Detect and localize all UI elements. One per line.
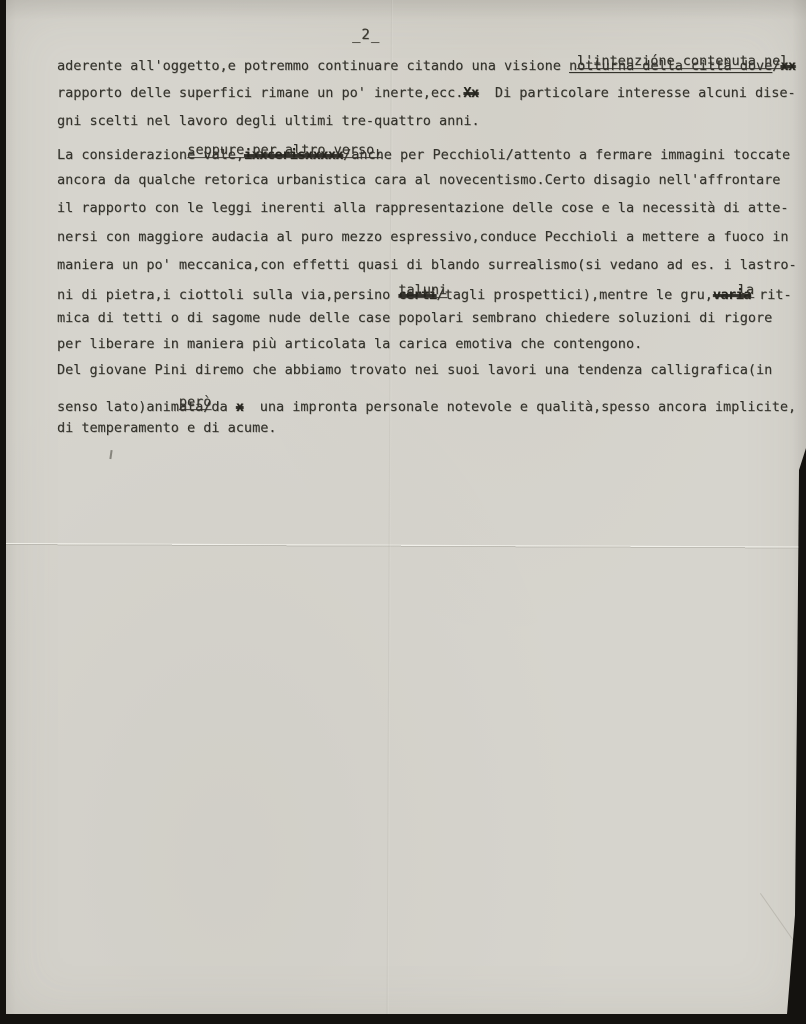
- text-run: il rapporto con le leggi inerenti alla r…: [57, 200, 789, 216]
- text-run: maniera un po' meccanica,con effetti qua…: [57, 257, 797, 273]
- text-line: gni scelti nel lavoro degli ultimi tre-q…: [57, 114, 480, 128]
- text-run: mica di tetti o di sagome nude delle cas…: [57, 310, 772, 326]
- text-run: gni scelti nel lavoro degli ultimi tre-q…: [57, 113, 480, 129]
- text-line: mica di tetti o di sagome nude delle cas…: [57, 311, 772, 325]
- scanned-typewritten-page: { "page": { "number_label": "_2_", "pape…: [0, 0, 806, 1024]
- interlinear-insertion: la: [738, 283, 754, 297]
- interlinear-insertion: l'intenzióne contenuta nel: [577, 54, 788, 68]
- text-run: nersi con maggiore audacia al puro mezzo…: [57, 229, 789, 245]
- text-run: /tagli prospettici),mentre le gru,: [437, 287, 713, 303]
- text-run: di temperamento e di acume.: [57, 420, 276, 436]
- text-run: La considerazione: [57, 147, 203, 163]
- text-line: maniera un po' meccanica,con effetti qua…: [57, 258, 797, 272]
- text-run: Di particolare interesse alcuni dise-: [479, 85, 796, 101]
- text-run: rapporto delle superfici rimane un po' i…: [57, 85, 463, 101]
- text-line: rapporto delle superfici rimane un po' i…: [57, 86, 796, 100]
- text-run: senso lato)anim: [57, 399, 179, 415]
- text-run: aderente all'oggetto,e potremmo continua…: [57, 58, 569, 74]
- text-line: di temperamento e di acume.: [57, 421, 276, 435]
- text-run: Del giovane Pini diremo che abbiamo trov…: [57, 362, 772, 378]
- text-run: per liberare in maniera più articolata l…: [57, 336, 642, 352]
- text-line: La considerazione seppure per altro vers…: [57, 145, 790, 162]
- typewritten-text-layer: aderente all'oggetto,e potremmo continua…: [0, 0, 806, 1024]
- text-run: ancora da qualche retorica urbanistica c…: [57, 172, 780, 188]
- text-run: rit-: [751, 287, 792, 303]
- struck-text: Xx: [463, 85, 478, 101]
- text-line: ancora da qualche retorica urbanistica c…: [57, 173, 780, 187]
- interlinear-insertion: però: [179, 395, 212, 409]
- interlinear-insertion: taluni: [398, 283, 447, 297]
- interlinear-insertion: seppure per altro verso,: [187, 143, 382, 157]
- text-line: per liberare in maniera più articolata l…: [57, 337, 642, 351]
- text-line: nersi con maggiore audacia al puro mezzo…: [57, 230, 789, 244]
- text-run: ni di pietra,i ciottoli sulla via,persin…: [57, 287, 398, 303]
- text-run: una impronta personale notevole e qualit…: [243, 399, 796, 415]
- text-line: ni di pietra,i ciottoli sulla via,persin…: [57, 285, 792, 302]
- text-line: senso lato)animperòata/da x una impronta…: [57, 397, 796, 414]
- text-run: /anche per Pecchioli/attento a fermare i…: [343, 147, 790, 163]
- text-line: aderente all'oggetto,e potremmo continua…: [57, 56, 796, 73]
- text-line: il rapporto con le leggi inerenti alla r…: [57, 201, 789, 215]
- paper-sheet: _2_ aderente all'oggetto,e potremmo cont…: [0, 0, 806, 1024]
- text-line: Del giovane Pini diremo che abbiamo trov…: [57, 363, 772, 377]
